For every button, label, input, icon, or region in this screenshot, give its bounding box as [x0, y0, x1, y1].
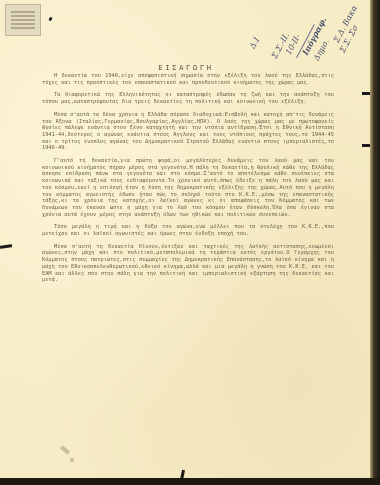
stamp-line	[11, 19, 35, 21]
scan-artifact	[0, 244, 12, 249]
stamp-line	[11, 11, 35, 13]
scanned-page: Σ.Δ. Βακα Σ.Σ. Σσ Δημο. Ιπόγραφ. 10-ΙΙ- …	[0, 0, 372, 480]
page-edge-shadow	[370, 0, 380, 485]
archive-stamp	[5, 4, 41, 36]
paragraph: Τα διαφορετικά της Ελληνικότητας οι κατα…	[42, 92, 334, 105]
scan-artifact	[70, 458, 74, 462]
paragraph: Η δεκαετία του 1940,είχε αποφασιστική ση…	[42, 73, 334, 86]
paragraph: Τόσο μεγάλη η τιμή και η δόξα του αγώνα,…	[42, 224, 334, 237]
scan-artifact	[362, 92, 370, 95]
paragraph: Μέσα σ'αυτή τη δεκαετία δίνουν,έκτιξαν κ…	[42, 244, 334, 284]
stamp-line	[11, 15, 35, 17]
document-body: Η δεκαετία του 1940,είχε αποφασιστική ση…	[42, 73, 334, 290]
stamp-line	[11, 27, 35, 29]
document-title: ΕΙΣΑΓΩΓΗ	[0, 63, 372, 72]
ink-mark	[48, 17, 53, 22]
scan-artifact	[60, 445, 70, 454]
page-edge-shadow	[0, 478, 380, 485]
scan-artifact	[362, 144, 370, 147]
stamp-line	[11, 23, 35, 25]
paragraph: Μέσα σ'αυτά τα δέκα χρόνια η Ελλάδα πέρα…	[42, 112, 334, 152]
paragraph: Γ'αυτό τη δεκαετία,για πρώτη φορά,οι μεγ…	[42, 158, 334, 218]
handwritten-note: Δ.Ι	[248, 36, 261, 50]
